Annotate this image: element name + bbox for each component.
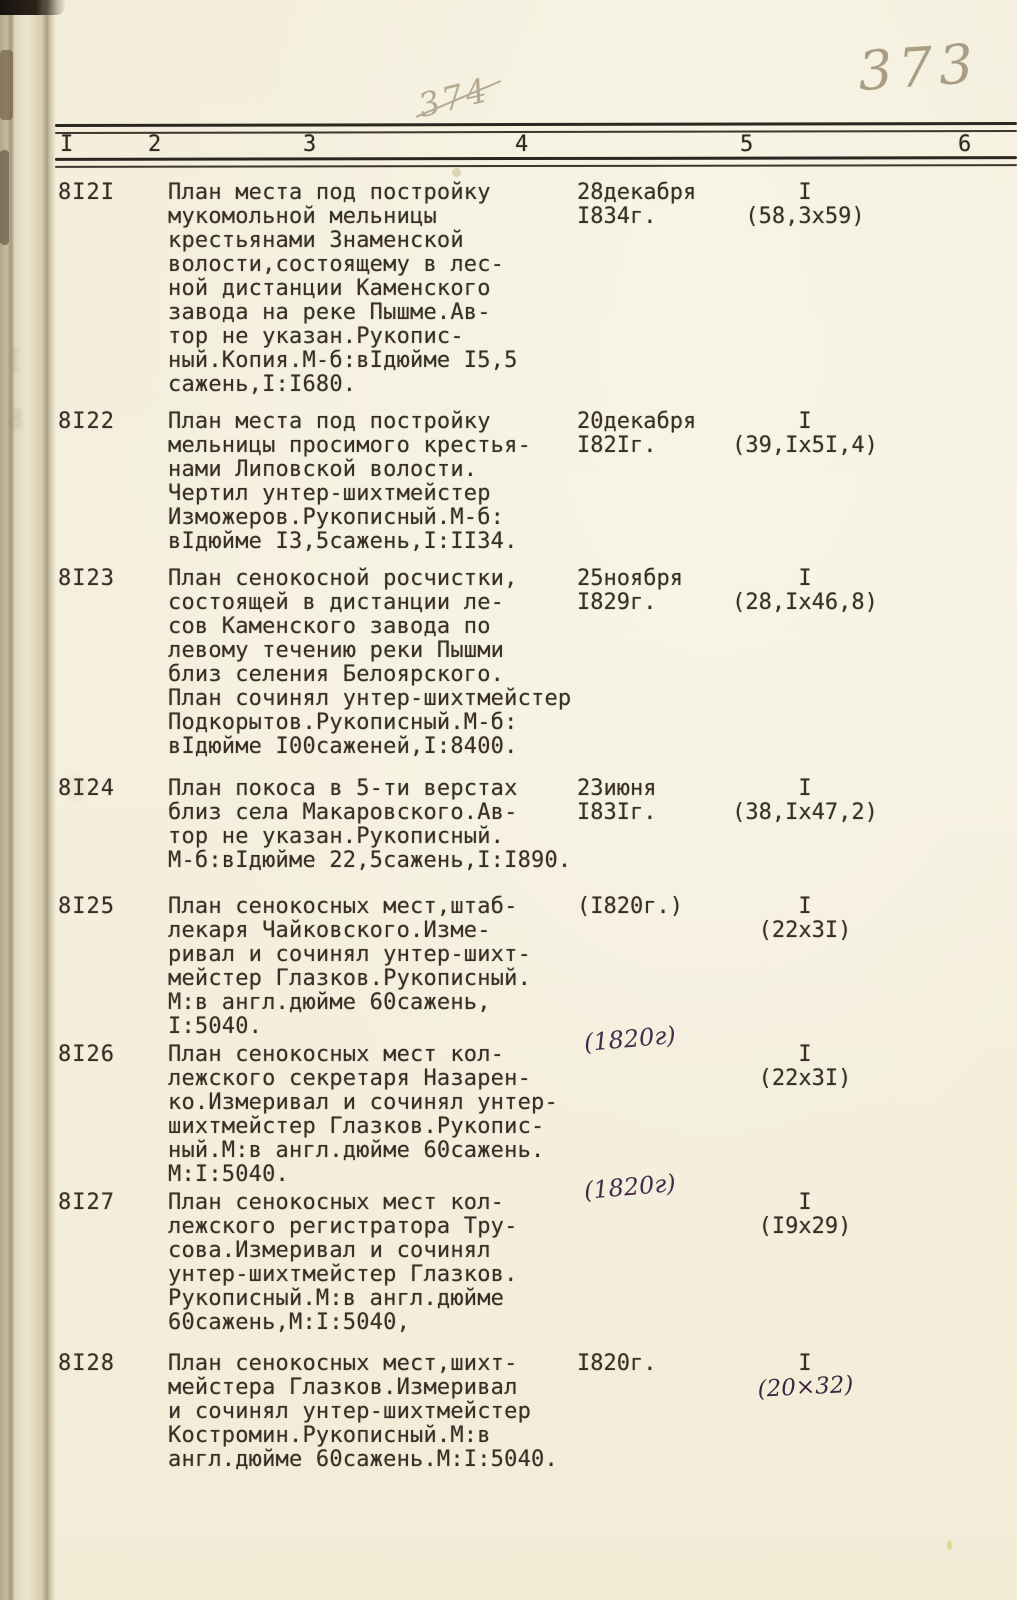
column-header-6: 6 xyxy=(958,132,971,157)
record-dimensions: (22x3I) xyxy=(715,1067,895,1091)
column-header-5: 5 xyxy=(740,132,753,157)
record-sheet-count: I xyxy=(715,777,895,801)
record-number: 8I26 xyxy=(58,1043,163,1067)
record-description: План места под постройку мельницы просим… xyxy=(168,410,613,554)
record-number: 8I22 xyxy=(58,410,163,434)
record-description: План сенокосных мест,штаб- лекаря Чайков… xyxy=(168,895,613,1039)
scan-corner-shadow xyxy=(0,0,66,15)
record-sheet-count: I xyxy=(715,895,895,919)
record-sheet-count: I xyxy=(715,1191,895,1215)
page-number-crossed-out: 374 xyxy=(414,70,493,125)
bleed-through-marks: [ 8 xyxy=(2,330,28,570)
record-sheet-count: I xyxy=(715,567,895,591)
record-description: План сенокосных мест,шихт- мейстера Глаз… xyxy=(168,1352,613,1472)
table-rule-bottom-lower xyxy=(55,164,1017,168)
record-extent: I (22x3I) xyxy=(715,1043,895,1091)
page-number-pencil: 373 xyxy=(856,32,981,103)
scanned-page: [ 8 373 374 I 2 3 4 5 6 8I2I План места … xyxy=(0,0,1017,1600)
record-description: План покоса в 5-ти верстах близ села Мак… xyxy=(168,777,613,873)
record-dimensions: (39,Ix5I,4) xyxy=(715,434,895,458)
record-dimensions: (28,Ix46,8) xyxy=(715,591,895,615)
record-sheet-count: I xyxy=(715,181,895,205)
page-edge-mark xyxy=(0,50,13,120)
record-number: 8I27 xyxy=(58,1191,163,1215)
record-number: 8I24 xyxy=(58,777,163,801)
record-dimensions: (58,3x59) xyxy=(715,205,895,229)
column-header-1: I xyxy=(60,132,73,157)
record-extent: I (38,Ix47,2) xyxy=(715,777,895,825)
table-rule-top-upper xyxy=(55,122,1017,127)
record-number: 8I23 xyxy=(58,567,163,591)
column-header-3: 3 xyxy=(303,132,316,157)
record-description: План сенокосных мест кол- лежского секре… xyxy=(168,1043,613,1187)
page-edge-mark xyxy=(0,150,9,245)
record-extent: I (39,Ix5I,4) xyxy=(715,410,895,458)
paper-stain xyxy=(452,168,461,177)
record-description: План сенокосной росчистки, состоящей в д… xyxy=(168,567,613,759)
record-sheet-count: I xyxy=(715,1043,895,1067)
record-extent: I (I9x29) xyxy=(715,1191,895,1239)
column-header-4: 4 xyxy=(515,132,528,157)
record-number: 8I2I xyxy=(58,181,163,205)
column-header-2: 2 xyxy=(148,132,161,157)
record-dimensions: (38,Ix47,2) xyxy=(715,801,895,825)
record-dimensions: (22x3I) xyxy=(715,919,895,943)
record-sheet-count: I xyxy=(715,410,895,434)
record-extent: I (22x3I) xyxy=(715,895,895,943)
table-rule-top-lower xyxy=(55,130,1017,134)
record-dimensions: (I9x29) xyxy=(715,1215,895,1239)
record-extent: I (28,Ix46,8) xyxy=(715,567,895,615)
record-extent: I (20×32) xyxy=(715,1352,895,1404)
record-extent: I (58,3x59) xyxy=(715,181,895,229)
record-number: 8I25 xyxy=(58,895,163,919)
table-rule-bottom-upper xyxy=(55,156,1017,161)
paper-speck xyxy=(947,1540,952,1550)
record-description: План места под постройку мукомольной мел… xyxy=(168,181,613,397)
record-description: План сенокосных мест кол- лежского регис… xyxy=(168,1191,613,1335)
record-number: 8I28 xyxy=(58,1352,163,1376)
